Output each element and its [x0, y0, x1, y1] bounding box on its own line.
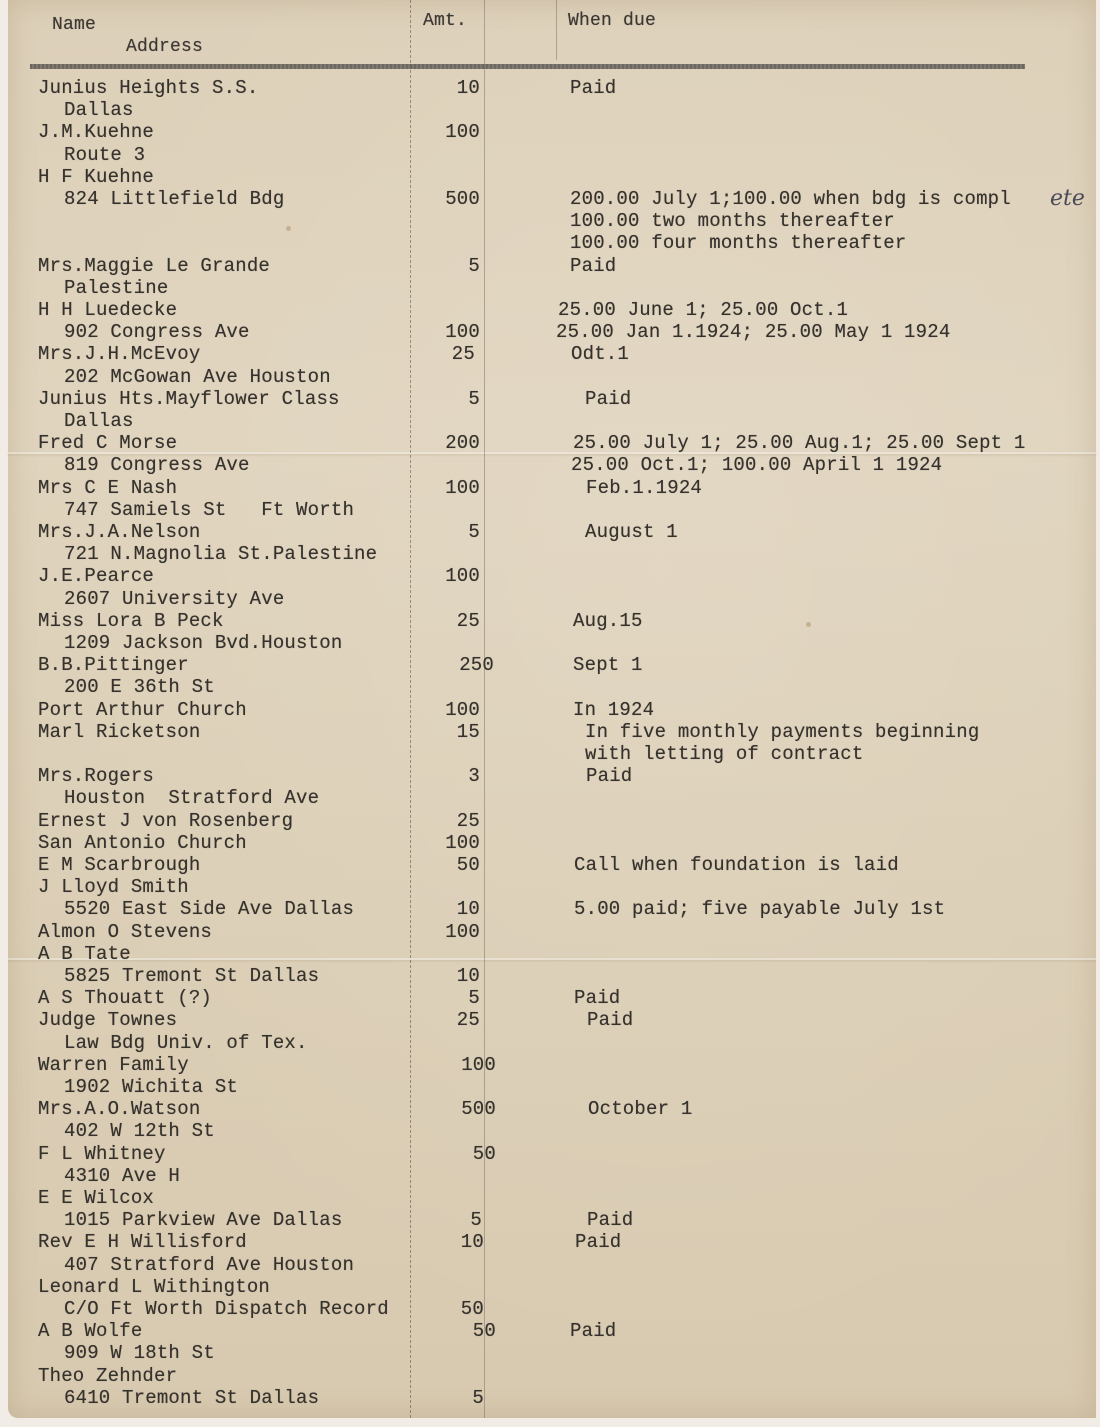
- pledge-amount: 50: [416, 1320, 496, 1342]
- donor-address: 6410 Tremont St Dallas: [64, 1387, 319, 1409]
- donor-name: F L Whitney: [38, 1143, 166, 1165]
- due-note: Paid: [574, 987, 620, 1009]
- donor-name: J Lloyd Smith: [38, 876, 189, 898]
- handwritten-annotation: ete: [1050, 186, 1085, 211]
- due-note: Sept 1: [573, 654, 643, 676]
- donor-address: 2607 University Ave: [64, 588, 284, 610]
- donor-address: 202 McGowan Ave Houston: [64, 366, 331, 388]
- donor-name: J.E.Pearce: [38, 565, 154, 587]
- pledge-amount: 10: [400, 77, 480, 99]
- pledge-amount: 50: [404, 1298, 484, 1320]
- pledge-amount: 5: [404, 1387, 484, 1409]
- due-note: Aug.15: [573, 610, 643, 632]
- pledge-amount: 50: [416, 1143, 496, 1165]
- donor-address: 5520 East Side Ave Dallas: [64, 898, 354, 920]
- pledge-amount: 5: [400, 255, 480, 277]
- donor-name: Mrs.J.H.McEvoy: [38, 343, 200, 365]
- donor-name: H H Luedecke: [38, 299, 177, 321]
- donor-address: 902 Congress Ave: [64, 321, 250, 343]
- due-note: 200.00 July 1;100.00 when bdg is compl: [570, 188, 1011, 210]
- donor-name: Rev E H Willisford: [38, 1231, 247, 1253]
- pledge-amount: 25: [400, 1009, 480, 1031]
- due-note: Paid: [575, 1231, 621, 1253]
- pledge-amount: 5: [400, 987, 480, 1009]
- pledge-amount: 25: [400, 610, 480, 632]
- pledge-amount: 250: [414, 654, 494, 676]
- pledge-amount: 15: [400, 721, 480, 743]
- donor-name: Junius Heights S.S.: [38, 77, 258, 99]
- due-note: Paid: [570, 1320, 616, 1342]
- donor-name: Mrs.Maggie Le Grande: [38, 255, 270, 277]
- donor-name: Almon O Stevens: [38, 921, 212, 943]
- donor-name: Port Arthur Church: [38, 699, 247, 721]
- due-note: 5.00 paid; five payable July 1st: [574, 898, 945, 920]
- donor-name: E M Scarbrough: [38, 854, 200, 876]
- donor-address: 909 W 18th St: [64, 1342, 215, 1364]
- donor-name: A B Tate: [38, 943, 131, 965]
- donor-address: 1209 Jackson Bvd.Houston: [64, 632, 342, 654]
- due-note: 25.00 July 1; 25.00 Aug.1; 25.00 Sept 1: [573, 432, 1025, 454]
- donor-name: Fred C Morse: [38, 432, 177, 454]
- donor-name: Mrs.J.A.Nelson: [38, 521, 200, 543]
- due-note: with letting of contract: [585, 743, 863, 765]
- donor-address: Dallas: [64, 99, 134, 121]
- due-note: 25.00 Jan 1.1924; 25.00 May 1 1924: [556, 321, 950, 343]
- header-rule: [30, 64, 1025, 69]
- donor-name: Miss Lora B Peck: [38, 610, 224, 632]
- donor-name: Theo Zehnder: [38, 1365, 177, 1387]
- donor-name: E E Wilcox: [38, 1187, 154, 1209]
- due-note: Paid: [587, 1009, 633, 1031]
- pledge-amount: 3: [400, 765, 480, 787]
- due-note: 100.00 four months thereafter: [570, 232, 906, 254]
- pledge-amount: 100: [400, 121, 480, 143]
- donor-address: Dallas: [64, 410, 134, 432]
- pledge-amount: 500: [416, 1098, 496, 1120]
- due-note: Odt.1: [571, 343, 629, 365]
- pledge-amount: 10: [400, 965, 480, 987]
- column-divider-due: [556, 0, 557, 60]
- stain: [286, 226, 291, 231]
- header-address: Address: [126, 36, 203, 58]
- due-note: In five monthly payments beginning: [585, 721, 979, 743]
- pledge-amount: 10: [404, 1231, 484, 1253]
- due-note: Paid: [570, 255, 616, 277]
- pledge-amount: 5: [402, 1209, 482, 1231]
- donor-name: San Antonio Church: [38, 832, 247, 854]
- pledge-amount: 100: [400, 832, 480, 854]
- due-note: Paid: [570, 77, 616, 99]
- due-note: 100.00 two months thereafter: [570, 210, 895, 232]
- due-note: October 1: [588, 1098, 692, 1120]
- due-note: Paid: [586, 765, 632, 787]
- donor-address: 4310 Ave H: [64, 1165, 180, 1187]
- donor-name: A B Wolfe: [38, 1320, 142, 1342]
- header-when-due: When due: [568, 10, 656, 32]
- donor-address: 200 E 36th St: [64, 676, 215, 698]
- donor-name: Judge Townes: [38, 1009, 177, 1031]
- donor-address: 819 Congress Ave: [64, 454, 250, 476]
- due-note: Call when foundation is laid: [574, 854, 899, 876]
- pledge-amount: 500: [400, 188, 480, 210]
- due-note: Paid: [587, 1209, 633, 1231]
- header-name: Name: [52, 14, 96, 36]
- donor-name: A S Thouatt (?): [38, 987, 212, 1009]
- pledge-amount: 100: [400, 477, 480, 499]
- donor-address: 5825 Tremont St Dallas: [64, 965, 319, 987]
- donor-address: 407 Stratford Ave Houston: [64, 1254, 354, 1276]
- pledge-amount: 25: [395, 343, 475, 365]
- donor-name: J.M.Kuehne: [38, 121, 154, 143]
- donor-address: 747 Samiels St Ft Worth: [64, 499, 354, 521]
- donor-address: 824 Littlefield Bdg: [64, 188, 284, 210]
- donor-name: Junius Hts.Mayflower Class: [38, 388, 340, 410]
- donor-name: Marl Ricketson: [38, 721, 200, 743]
- donor-address: Law Bdg Univ. of Tex.: [64, 1032, 308, 1054]
- donor-address: Houston Stratford Ave: [64, 787, 319, 809]
- donor-name: Mrs.Rogers: [38, 765, 154, 787]
- due-note: Paid: [585, 388, 631, 410]
- stain: [806, 622, 811, 627]
- donor-address: 1902 Wichita St: [64, 1076, 238, 1098]
- pledge-amount: 50: [400, 854, 480, 876]
- pledge-amount: 100: [400, 921, 480, 943]
- donor-name: Mrs.A.O.Watson: [38, 1098, 200, 1120]
- donor-name: Ernest J von Rosenberg: [38, 810, 293, 832]
- donor-address: C/O Ft Worth Dispatch Record: [64, 1298, 389, 1320]
- pledge-amount: 10: [400, 898, 480, 920]
- donor-address: 1015 Parkview Ave Dallas: [64, 1209, 342, 1231]
- pledge-amount: 100: [400, 321, 480, 343]
- donor-name: B.B.Pittinger: [38, 654, 189, 676]
- due-note: In 1924: [573, 699, 654, 721]
- donor-name: Warren Family: [38, 1054, 189, 1076]
- donor-name: H F Kuehne: [38, 166, 154, 188]
- due-note: 25.00 June 1; 25.00 Oct.1: [558, 299, 848, 321]
- donor-name: Leonard L Withington: [38, 1276, 270, 1298]
- donor-address: 721 N.Magnolia St.Palestine: [64, 543, 377, 565]
- column-divider-amount: [484, 0, 485, 1418]
- due-note: 25.00 Oct.1; 100.00 April 1 1924: [571, 454, 942, 476]
- due-note: Feb.1.1924: [586, 477, 702, 499]
- header-amount: Amt.: [423, 10, 467, 32]
- donor-address: 402 W 12th St: [64, 1120, 215, 1142]
- paper-fold: [8, 958, 1096, 960]
- pledge-amount: 200: [400, 432, 480, 454]
- donor-address: Route 3: [64, 144, 145, 166]
- donor-name: Mrs C E Nash: [38, 477, 177, 499]
- pledge-amount: 5: [400, 521, 480, 543]
- pledge-amount: 100: [416, 1054, 496, 1076]
- due-note: August 1: [585, 521, 678, 543]
- donor-address: Palestine: [64, 277, 168, 299]
- pledge-amount: 100: [400, 699, 480, 721]
- pledge-amount: 100: [400, 565, 480, 587]
- pledge-amount: 5: [400, 388, 480, 410]
- pledge-amount: 25: [400, 810, 480, 832]
